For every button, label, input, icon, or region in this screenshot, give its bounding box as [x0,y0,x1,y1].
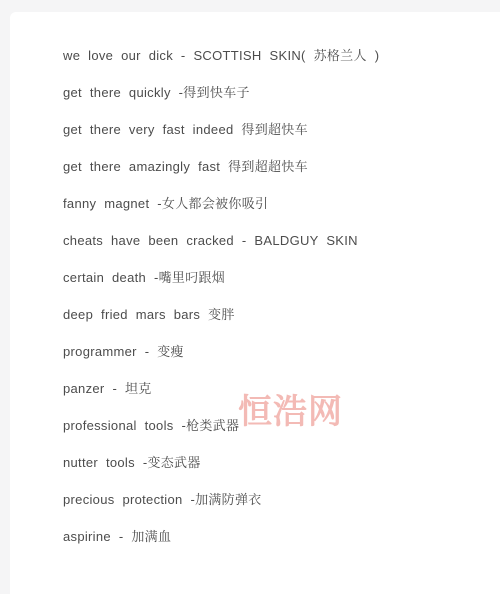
cheat-line: professional tools -枪类武器 [63,418,480,433]
cheat-line: get there quickly -得到快车子 [63,85,480,100]
content-card: we love our dick - SCOTTISH SKIN( 苏格兰人 )… [10,12,500,594]
cheat-line: get there very fast indeed 得到超快车 [63,122,480,137]
cheat-line: precious protection -加满防弹衣 [63,492,480,507]
cheat-line: get there amazingly fast 得到超超快车 [63,159,480,174]
cheat-line: deep fried mars bars 变胖 [63,307,480,322]
cheat-line: panzer - 坦克 [63,381,480,396]
cheat-line: we love our dick - SCOTTISH SKIN( 苏格兰人 ) [63,48,480,63]
cheat-code-list: we love our dick - SCOTTISH SKIN( 苏格兰人 )… [63,48,480,566]
cheat-line: cheats have been cracked - BALDGUY SKIN [63,233,480,248]
cheat-line: nutter tools -变态武器 [63,455,480,470]
cheat-line: fanny magnet -女人都会被你吸引 [63,196,480,211]
cheat-line: certain death -嘴里叼跟烟 [63,270,480,285]
cheat-line: aspirine - 加满血 [63,529,480,544]
cheat-line: programmer - 变瘦 [63,344,480,359]
